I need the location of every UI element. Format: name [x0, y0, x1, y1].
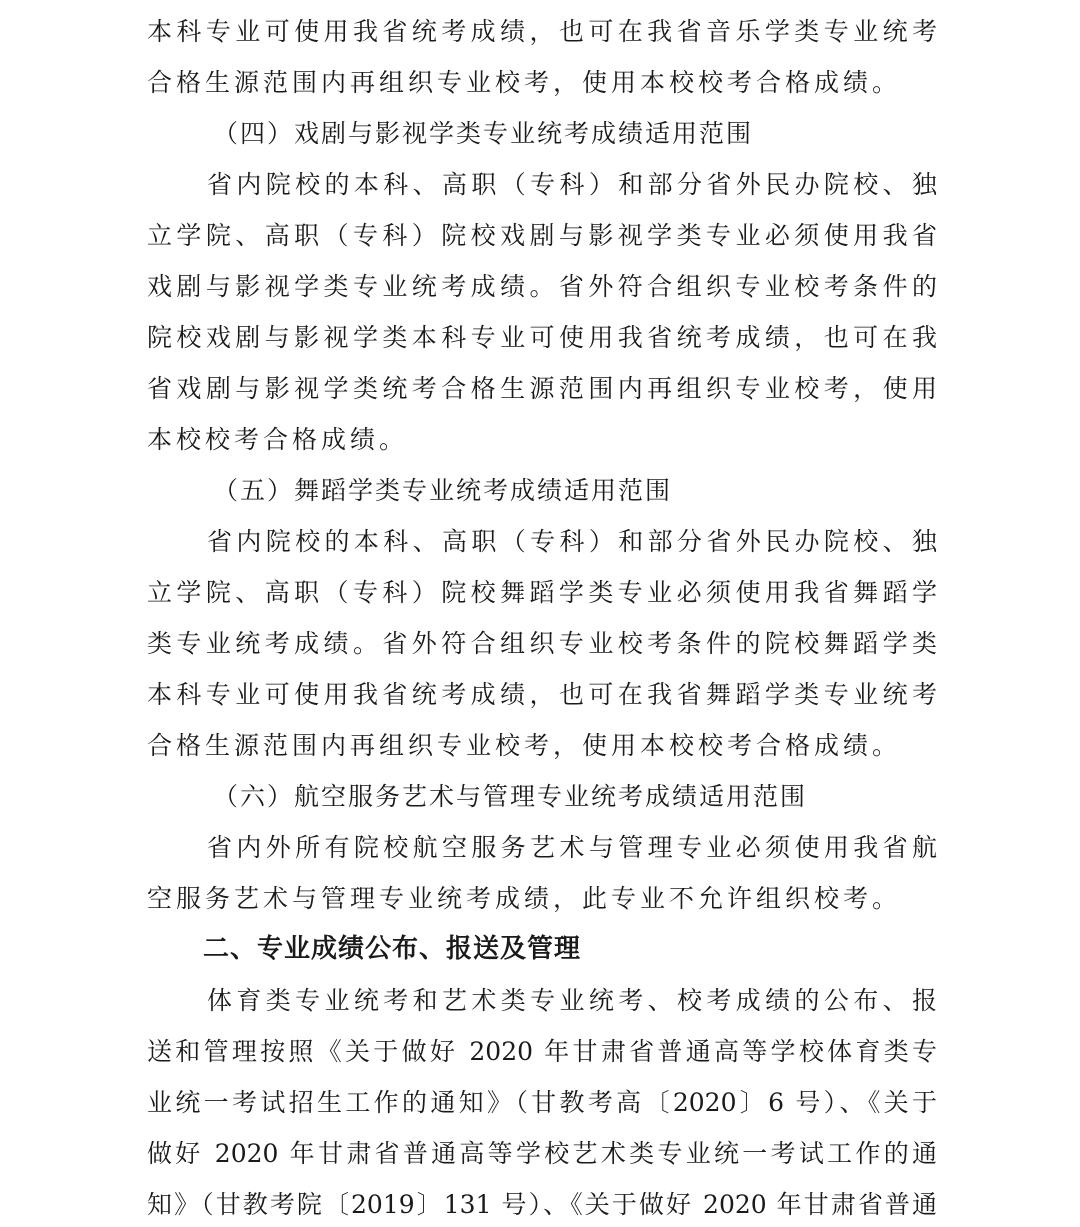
section-subheading: （四）戏剧与影视学类专业统考成绩适用范围: [147, 108, 937, 159]
text-line: 本校校考合格成绩。: [147, 414, 937, 465]
section-heading: 二、专业成绩公布、报送及管理: [147, 924, 937, 975]
text-line: 合格生源范围内再组织专业校考，使用本校校考合格成绩。: [147, 57, 937, 108]
text-line: 体育类专业统考和艺术类专业统考、校考成绩的公布、报: [147, 975, 937, 1026]
text-line: 合格生源范围内再组织专业校考，使用本校校考合格成绩。: [147, 720, 937, 771]
text-line: 省内外所有院校航空服务艺术与管理专业必须使用我省航: [147, 822, 937, 873]
text-line: 立学院、高职（专科）院校舞蹈学类专业必须使用我省舞蹈学: [147, 567, 937, 618]
text-line: 业统一考试招生工作的通知》（甘教考高〔2020〕6 号）、《关于: [147, 1077, 937, 1128]
text-line: 知》（甘教考院〔2019〕131 号）、《关于做好 2020 年甘肃省普通: [147, 1179, 937, 1227]
text-line: 送和管理按照《关于做好 2020 年甘肃省普通高等学校体育类专: [147, 1026, 937, 1077]
text-line: 空服务艺术与管理专业统考成绩，此专业不允许组织校考。: [147, 873, 937, 924]
text-line: 类专业统考成绩。省外符合组织专业校考条件的院校舞蹈学类: [147, 618, 937, 669]
section-subheading: （五）舞蹈学类专业统考成绩适用范围: [147, 465, 937, 516]
text-line: 本科专业可使用我省统考成绩，也可在我省音乐学类专业统考: [147, 6, 937, 57]
text-line: 立学院、高职（专科）院校戏剧与影视学类专业必须使用我省: [147, 210, 937, 261]
text-line: 省内院校的本科、高职（专科）和部分省外民办院校、独: [147, 159, 937, 210]
text-line: 院校戏剧与影视学类本科专业可使用我省统考成绩，也可在我: [147, 312, 937, 363]
text-line: 戏剧与影视学类专业统考成绩。省外符合组织专业校考条件的: [147, 261, 937, 312]
document-page: 本科专业可使用我省统考成绩，也可在我省音乐学类专业统考 合格生源范围内再组织专业…: [147, 6, 937, 1227]
text-line: 省戏剧与影视学类统考合格生源范围内再组织专业校考，使用: [147, 363, 937, 414]
text-line: 做好 2020 年甘肃省普通高等学校艺术类专业统一考试工作的通: [147, 1128, 937, 1179]
section-subheading: （六）航空服务艺术与管理专业统考成绩适用范围: [147, 771, 937, 822]
text-line: 省内院校的本科、高职（专科）和部分省外民办院校、独: [147, 516, 937, 567]
text-line: 本科专业可使用我省统考成绩，也可在我省舞蹈学类专业统考: [147, 669, 937, 720]
